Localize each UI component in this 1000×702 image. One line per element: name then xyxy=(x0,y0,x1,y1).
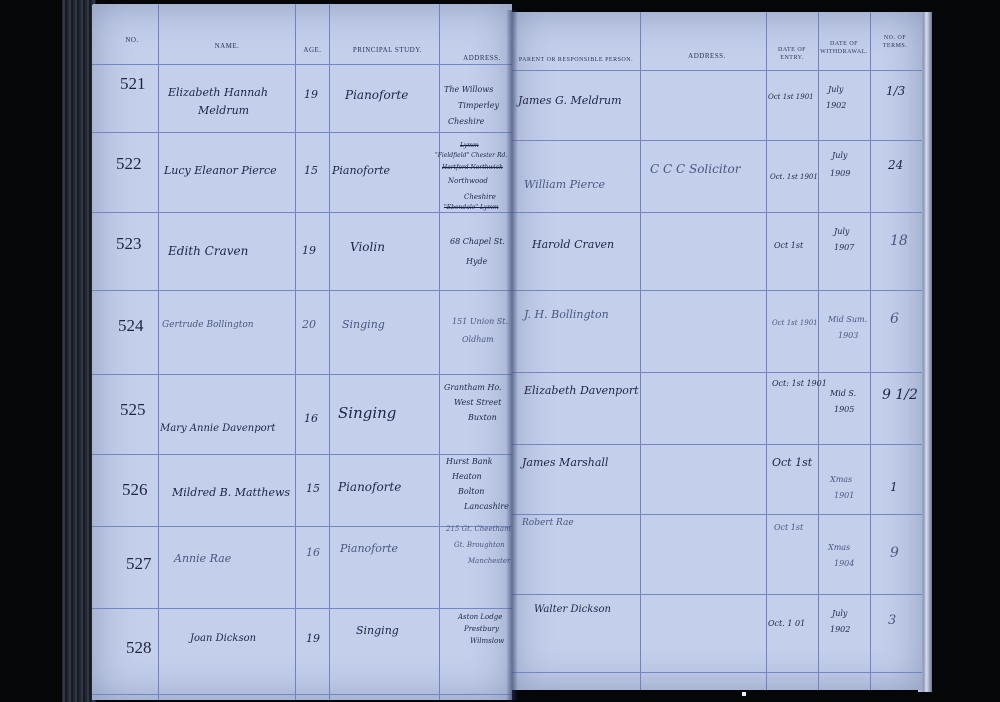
entry-number: 521 xyxy=(120,74,146,94)
student-address-line: Gt. Broughton xyxy=(454,540,505,551)
student-address-line: Hurst Bank xyxy=(446,456,492,467)
student-address-line: Hartford Northwich xyxy=(442,162,503,173)
date-of-entry: Oct 1st xyxy=(774,240,803,251)
student-age: 15 xyxy=(304,164,318,178)
student-age: 16 xyxy=(306,546,320,560)
header-address-left: Address. xyxy=(452,54,512,62)
number-of-terms: 9 1/2 xyxy=(882,388,918,402)
date-of-withdrawal-year: 1903 xyxy=(838,330,858,341)
date-of-entry: Oct 1st 1901 xyxy=(768,92,814,103)
entry-number: 525 xyxy=(120,400,146,420)
student-address-line: Prestbury xyxy=(464,624,499,635)
student-address-line: "Ebendale" Lymm xyxy=(444,202,499,213)
student-age: 19 xyxy=(304,88,318,102)
parent-name: Harold Craven xyxy=(532,238,614,252)
viewer-indicator-dot xyxy=(742,692,746,696)
parent-name: Robert Rae xyxy=(522,518,574,529)
parent-name: Walter Dickson xyxy=(534,604,611,615)
header-no: No. xyxy=(112,36,152,44)
date-of-withdrawal-year: 1901 xyxy=(834,490,854,501)
parent-address: C C C Solicitor xyxy=(650,162,740,176)
number-of-terms: 3 xyxy=(888,614,896,628)
entry-number: 528 xyxy=(126,638,152,658)
student-name: Edith Craven xyxy=(168,244,248,258)
date-of-entry: Oct 1st 1901 xyxy=(772,318,818,329)
date-of-entry: Oct 1st xyxy=(774,522,803,533)
book-page-edges-left xyxy=(62,0,96,702)
student-address-line: 68 Chapel St. xyxy=(450,236,505,247)
date-of-entry: Oct 1st xyxy=(772,456,812,470)
date-of-withdrawal: Mid S. xyxy=(830,388,856,399)
parent-name: James Marshall xyxy=(522,456,608,470)
student-address-line: 151 Union St. xyxy=(452,316,508,327)
principal-study: Pianoforte xyxy=(338,480,401,494)
header-no-terms: No. of Terms. xyxy=(872,34,918,50)
date-of-withdrawal: July xyxy=(832,608,847,619)
principal-study: Pianoforte xyxy=(340,542,398,556)
date-of-withdrawal-year: 1907 xyxy=(834,242,854,253)
parent-name: James G. Meldrum xyxy=(518,94,622,108)
student-address-line: Heaton xyxy=(452,471,482,482)
student-name: Joan Dickson xyxy=(190,632,256,646)
date-of-withdrawal: Xmas xyxy=(830,474,852,485)
date-of-entry: Oct: 1st 1901 xyxy=(772,378,827,389)
number-of-terms: 6 xyxy=(890,312,899,326)
header-age: Age. xyxy=(296,46,329,54)
header-parent: Parent or Responsible Person. xyxy=(516,56,636,64)
header-date-withdrawal: Date of Withdrawal. xyxy=(818,40,870,56)
student-age: 15 xyxy=(306,482,320,496)
student-address-line: Wilmslow xyxy=(470,636,504,647)
date-of-withdrawal: Xmas xyxy=(828,542,850,553)
parent-name: William Pierce xyxy=(524,178,605,192)
student-name-line2: Meldrum xyxy=(198,104,249,118)
book-gutter xyxy=(506,10,518,700)
student-age: 20 xyxy=(302,318,316,332)
date-of-withdrawal: July xyxy=(834,226,849,237)
student-name: Annie Rae xyxy=(174,552,231,566)
student-address-line: Grantham Ho. xyxy=(444,382,502,393)
principal-study: Violin xyxy=(350,240,385,254)
principal-study: Pianoforte xyxy=(332,164,390,178)
student-age: 16 xyxy=(304,412,318,426)
number-of-terms: 1/3 xyxy=(886,84,905,98)
ledger-right-page: Parent or Responsible Person. Address. D… xyxy=(512,12,922,690)
header-address-right: Address. xyxy=(662,52,752,60)
student-address-line: Northwood xyxy=(448,176,488,187)
date-of-entry: Oct. 1 01 xyxy=(768,618,805,629)
header-name: Name. xyxy=(182,42,272,50)
student-address-line: Timperley xyxy=(458,100,499,111)
student-address-line: Aston Lodge xyxy=(458,612,502,623)
date-of-withdrawal: July xyxy=(828,84,843,95)
date-of-withdrawal-year: 1904 xyxy=(834,558,854,569)
principal-study: Pianoforte xyxy=(345,88,408,102)
number-of-terms: 18 xyxy=(890,234,908,248)
student-name: Gertrude Bollington xyxy=(162,320,254,331)
student-address-line: "Fieldfield" Chester Rd. xyxy=(435,150,507,161)
student-age: 19 xyxy=(306,632,320,646)
student-address-line: Buxton xyxy=(468,412,497,423)
date-of-withdrawal: July xyxy=(832,150,847,161)
student-address-line: Oldham xyxy=(462,334,494,345)
parent-name: J. H. Bollington xyxy=(524,308,609,322)
student-address-line: Bolton xyxy=(458,486,484,497)
student-name: Lucy Eleanor Pierce xyxy=(164,164,277,178)
parent-name: Elizabeth Davenport xyxy=(524,384,639,398)
principal-study: Singing xyxy=(338,406,396,420)
date-of-withdrawal-year: 1902 xyxy=(830,624,850,635)
student-address-line: Lancashire xyxy=(464,501,509,512)
student-address-line: The Willows xyxy=(444,84,493,95)
date-of-entry: Oct. 1st 1901 xyxy=(770,172,818,183)
ledger-left-page: No. Name. Age. Principal Study. Address.… xyxy=(92,4,512,700)
entry-number: 522 xyxy=(116,154,142,174)
entry-number: 523 xyxy=(116,234,142,254)
entry-number: 526 xyxy=(122,480,148,500)
date-of-withdrawal-year: 1902 xyxy=(826,100,846,111)
student-name: Mary Annie Davenport xyxy=(160,422,275,436)
date-of-withdrawal-year: 1909 xyxy=(830,168,850,179)
header-principal-study: Principal Study. xyxy=(340,46,435,54)
principal-study: Singing xyxy=(342,318,385,332)
student-address-line: Cheshire xyxy=(448,116,484,127)
student-name: Elizabeth Hannah xyxy=(168,86,268,100)
entry-number: 527 xyxy=(126,554,152,574)
student-address-line: Hyde xyxy=(466,256,487,267)
date-of-withdrawal-year: 1905 xyxy=(834,404,854,415)
number-of-terms: 24 xyxy=(888,158,903,172)
student-address-line: West Street xyxy=(454,397,501,408)
student-address-line: Manchester xyxy=(468,556,510,567)
date-of-withdrawal: Mid Sum. xyxy=(828,314,867,325)
principal-study: Singing xyxy=(356,624,399,638)
student-age: 19 xyxy=(302,244,316,258)
header-date-entry: Date of Entry. xyxy=(768,46,816,62)
number-of-terms: 9 xyxy=(890,546,899,560)
number-of-terms: 1 xyxy=(890,480,898,494)
student-name: Mildred B. Matthews xyxy=(172,486,290,500)
entry-number: 524 xyxy=(118,316,144,336)
